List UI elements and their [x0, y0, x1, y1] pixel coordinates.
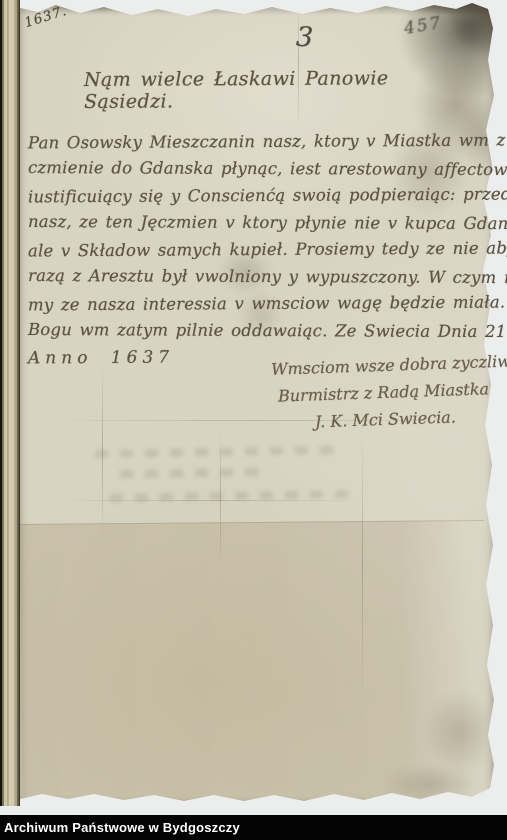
manuscript-line: ale v Składow samych kupieł. Prosiemy te… — [28, 235, 490, 265]
manuscript-line: Pan Osowsky Mieszczanin nasz, ktory v Mi… — [28, 127, 490, 157]
manuscript-line: nasz, ze ten Jęczmien v ktory płynie nie… — [28, 208, 490, 237]
letter-signature-block: Wmsciom wsze dobra zyczliwi Burmistrz z … — [271, 348, 494, 437]
ink-bleedthrough — [95, 446, 333, 458]
manuscript-line: iustificuiący się y Conscienćą swoią pod… — [28, 181, 490, 211]
manuscript-line: czmienie do Gdanska płynąc, iest arestow… — [28, 154, 490, 183]
manuscript-line: Bogu wm zatym pilnie oddawaiąc. Ze Swiec… — [28, 316, 490, 345]
crinkled-corner — [376, 674, 496, 804]
paper-crease — [362, 430, 363, 700]
archive-name-label: Archiwum Państwowe w Bydgoszczy — [0, 820, 240, 835]
manuscript-line: razą z Aresztu był vwolniony y wypuszczo… — [28, 262, 490, 291]
page-number: 3 — [295, 22, 313, 54]
archive-caption-bar: Archiwum Państwowe w Bydgoszczy — [0, 815, 507, 840]
manuscript-line: my ze nasza interessia v wmsciow wagę bę… — [28, 289, 490, 319]
letter-body: Pan Osowsky Mieszczanin nasz, ktory v Mi… — [28, 128, 490, 371]
letter-salutation: Nąm wielce Łaskawi Panowie Sąsiedzi. — [84, 67, 444, 113]
ink-bleedthrough — [120, 468, 260, 478]
book-binding-edge — [0, 0, 20, 806]
manuscript-scan: 1637. 3 457 Nąm wielce Łaskawi Panowie S… — [0, 0, 507, 840]
